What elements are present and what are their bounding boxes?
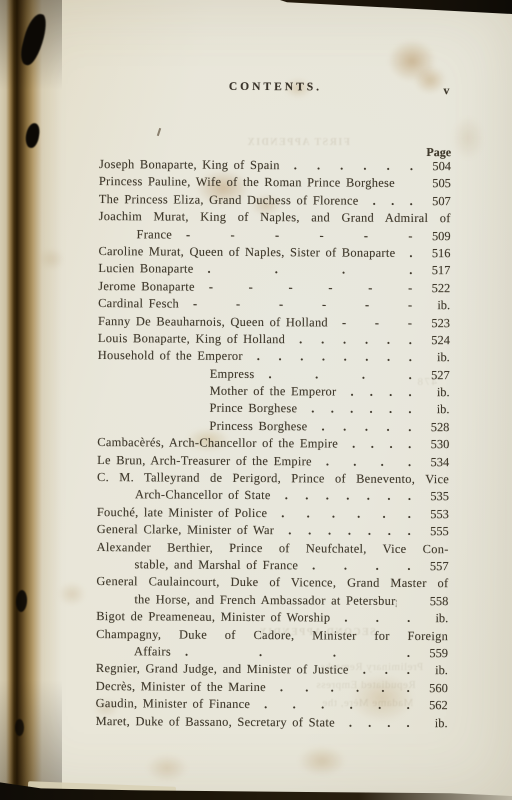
toc-entry-text: Arch-Chancellor of State bbox=[97, 487, 271, 503]
leader-dashes: - - - - - - bbox=[179, 297, 420, 313]
leader-dashes: - - - - - - bbox=[195, 279, 420, 295]
toc-entry: Princess Pauline, Wife of the Roman Prin… bbox=[99, 174, 451, 194]
page-column-label: Page bbox=[426, 145, 451, 160]
leader-dots: . . . . bbox=[298, 558, 418, 574]
toc-entry-page: 558 bbox=[418, 594, 448, 609]
leader-dots: . . . . . bbox=[307, 419, 419, 435]
leader-dots: . bbox=[395, 246, 420, 261]
toc-entry-text: Household of the Emperor bbox=[98, 348, 243, 364]
toc-entry-page: 530 bbox=[419, 437, 449, 452]
leader-dots: . . . . . . . bbox=[274, 523, 419, 539]
toc-entry-text: Gaudin, Minister of Finance bbox=[96, 696, 251, 712]
toc-entry-page: 527 bbox=[420, 368, 450, 383]
toc-entry-text: Cambacèrés, Arch-Chancellor of the Empir… bbox=[97, 435, 338, 451]
toc-entry-page: 534 bbox=[419, 455, 449, 470]
toc-entry: Louis Bonaparte, King of Holland. . . . … bbox=[98, 331, 450, 351]
toc-entry: Joseph Bonaparte, King of Spain. . . . .… bbox=[99, 157, 451, 177]
running-header: CONTENTS. v bbox=[99, 80, 451, 98]
toc-entry: Affairs. . . .559 bbox=[96, 644, 448, 664]
toc-entry: Bigot de Preameneau, Minister of Worship… bbox=[96, 609, 448, 629]
leader-dots: . . . . . . bbox=[266, 680, 418, 696]
page-content: CONTENTS. v Page Joseph Bonaparte, King … bbox=[0, 0, 512, 800]
toc-entry-text: Empress bbox=[98, 366, 255, 382]
folio-number: v bbox=[443, 83, 449, 98]
toc-entry: Fanny De Beauharnois, Queen of Holland- … bbox=[98, 314, 450, 334]
toc-entry-page: 555 bbox=[419, 524, 449, 539]
toc-entry: Jerome Bonaparte- - - - - -522 bbox=[98, 279, 450, 299]
leader-dots: . . . bbox=[349, 663, 418, 678]
toc-entry-text: Louis Bonaparte, King of Holland bbox=[98, 331, 285, 347]
leader-dots: . . . . . . . . bbox=[243, 349, 420, 365]
toc-entry-page: 562 bbox=[418, 698, 448, 713]
toc-entry-page: 557 bbox=[418, 559, 448, 574]
leader-dots: . . . . bbox=[336, 385, 419, 401]
leader-dots: . . . . bbox=[194, 262, 421, 278]
toc-entry: Cardinal Fesch- - - - - -ib. bbox=[98, 296, 450, 316]
toc-entry: Decrès, Minister of the Marine. . . . . … bbox=[96, 679, 448, 699]
toc-entry-text: Decrès, Minister of the Marine bbox=[96, 679, 266, 695]
toc-entry: the Horse, and French Ambassador at Pete… bbox=[96, 592, 448, 612]
toc-entry-text: C. M. Talleyrand de Perigord, Prince of … bbox=[97, 470, 449, 487]
toc-entry-text: The Princess Eliza, Grand Duchess of Flo… bbox=[99, 192, 359, 209]
toc-entry: Regnier, Grand Judge, and Minister of Ju… bbox=[96, 661, 448, 681]
toc-entry: Mother of the Emperor. . . .ib. bbox=[98, 383, 450, 403]
leader-dots: . . . . bbox=[335, 715, 418, 731]
toc-entry-text: General Clarke, Minister of War bbox=[97, 522, 275, 538]
toc-entry-text: Fanny De Beauharnois, Queen of Holland bbox=[98, 314, 328, 330]
toc-entry: France- - - - - -509 bbox=[99, 227, 451, 247]
toc-entry-page: 522 bbox=[420, 281, 450, 296]
toc-entry-text: Regnier, Grand Judge, and Minister of Ju… bbox=[96, 661, 349, 678]
toc-entry-text: Bigot de Preameneau, Minister of Worship bbox=[96, 609, 330, 625]
toc-entry-page: ib. bbox=[418, 611, 448, 626]
leader-dots: . . . . bbox=[338, 437, 419, 452]
leader-dots: . . . . . . bbox=[250, 697, 418, 713]
toc-entry-text: Cardinal Fesch bbox=[98, 296, 179, 311]
book-gutter bbox=[0, 0, 62, 800]
leader-dots: . . . . bbox=[312, 454, 419, 470]
toc-entry: Fouché, late Minister of Police. . . . .… bbox=[97, 505, 449, 525]
toc-entry-page: 516 bbox=[420, 246, 450, 261]
toc-entry-text: Joseph Bonaparte, King of Spain bbox=[99, 157, 280, 173]
toc-entry: Cambacèrés, Arch-Chancellor of the Empir… bbox=[97, 435, 449, 455]
toc-entry: Gaudin, Minister of Finance. . . . . .56… bbox=[96, 696, 448, 716]
book-page-photo: FIRST APPENDIX SECOND APPENDIX Prelimina… bbox=[0, 0, 512, 800]
leader-dots: . . . . . . bbox=[280, 158, 421, 174]
toc-entry-text: Affairs bbox=[96, 644, 171, 659]
leader-dots: . . . . . . bbox=[285, 332, 420, 348]
toc-entry: Lucien Bonaparte. . . .517 bbox=[98, 261, 450, 281]
toc-entry-text: stable, and Marshal of France bbox=[97, 557, 299, 573]
toc-entry-page: 528 bbox=[419, 420, 449, 435]
toc-entry: Caroline Murat, Queen of Naples, Sister … bbox=[98, 244, 450, 264]
leader-dots: . . . . . . bbox=[267, 506, 419, 522]
leader-dots: . . . . . . bbox=[297, 402, 419, 418]
toc-entry-page: 507 bbox=[421, 194, 451, 209]
toc-entry-text: Princess Pauline, Wife of the Roman Prin… bbox=[99, 174, 395, 191]
toc-entry-text: Fouché, late Minister of Police bbox=[97, 505, 268, 521]
toc-entry-text: Prince Borghese bbox=[97, 401, 297, 417]
toc-entry-page: ib. bbox=[418, 663, 448, 678]
toc-entry: stable, and Marshal of France. . . .557 bbox=[96, 557, 448, 577]
toc-entry-page: 553 bbox=[419, 507, 449, 522]
leader-dots: . . . bbox=[359, 193, 421, 208]
toc-entry-page: 535 bbox=[419, 489, 449, 504]
toc-entry: Alexander Berthier, Prince of Neufchatel… bbox=[97, 540, 449, 560]
stitch-hole bbox=[15, 719, 24, 736]
toc-entry: General Clarke, Minister of War. . . . .… bbox=[97, 522, 449, 542]
toc-entry-page: 517 bbox=[420, 263, 450, 278]
leader-dots: . . . . bbox=[254, 367, 419, 383]
toc-entry-text: Mother of the Emperor bbox=[98, 383, 337, 399]
toc-entry-text: General Caulaincourt, Duke of Vicence, G… bbox=[96, 574, 448, 591]
toc-entry-text: Champagny, Duke of Cadore, Minister for … bbox=[96, 627, 448, 644]
toc-entry: Princess Borghese. . . . .528 bbox=[97, 418, 449, 438]
toc-entry: Empress. . . .527 bbox=[98, 366, 450, 386]
toc-entry: Joachim Murat, King of Naples, and Grand… bbox=[99, 209, 451, 229]
toc-entry: Champagny, Duke of Cadore, Minister for … bbox=[96, 627, 448, 647]
toc-entry-page: ib. bbox=[420, 385, 450, 400]
page-title: CONTENTS. bbox=[99, 80, 451, 94]
toc-entry-page: ib. bbox=[420, 350, 450, 365]
toc-entry: Maret, Duke of Bassano, Secretary of Sta… bbox=[96, 714, 448, 734]
toc-entry-text: Caroline Murat, Queen of Naples, Sister … bbox=[98, 244, 395, 261]
toc-entry: General Caulaincourt, Duke of Vicence, G… bbox=[96, 574, 448, 594]
leader-dashes: - - - bbox=[328, 315, 420, 331]
toc-entry-page: 505 bbox=[421, 176, 451, 191]
toc-entry-page: ib. bbox=[419, 402, 449, 417]
leader-dots: . . . . . . . bbox=[271, 489, 419, 505]
toc-entry: Arch-Chancellor of State. . . . . . .535 bbox=[97, 487, 449, 507]
toc-entry-text: Lucien Bonaparte bbox=[98, 261, 193, 277]
toc-entry-text: Le Brun, Arch-Treasurer of the Empire bbox=[97, 453, 312, 469]
toc-entry: C. M. Talleyrand de Perigord, Prince of … bbox=[97, 470, 449, 490]
table-of-contents: Joseph Bonaparte, King of Spain. . . . .… bbox=[96, 157, 451, 733]
toc-entry-page: ib. bbox=[418, 716, 448, 731]
toc-entry-text: Maret, Duke of Bassano, Secretary of Sta… bbox=[96, 714, 335, 730]
toc-entry-page: 523 bbox=[420, 316, 450, 331]
leader-dots: . . . bbox=[330, 611, 418, 627]
toc-entry-page: 509 bbox=[421, 229, 451, 244]
toc-entry-page: 504 bbox=[421, 159, 451, 174]
toc-entry-text: Alexander Berthier, Prince of Neufchatel… bbox=[97, 540, 449, 557]
toc-entry: Le Brun, Arch-Treasurer of the Empire. .… bbox=[97, 453, 449, 473]
toc-entry-page: 559 bbox=[418, 646, 448, 661]
toc-entry: The Princess Eliza, Grand Duchess of Flo… bbox=[99, 192, 451, 212]
leader-dots: . . . . bbox=[171, 644, 418, 661]
toc-entry-text: Joachim Murat, King of Naples, and Grand… bbox=[99, 209, 451, 226]
toc-entry-page: ib. bbox=[420, 298, 450, 313]
toc-entry-text: Jerome Bonaparte bbox=[98, 279, 195, 295]
toc-entry: Household of the Emperor. . . . . . . .i… bbox=[98, 348, 450, 368]
toc-entry-text: the Horse, and French Ambassador at Pete… bbox=[96, 592, 396, 609]
leader-dashes: - - - - - - bbox=[172, 227, 421, 244]
toc-entry-text: France bbox=[99, 227, 173, 242]
toc-entry-page: 560 bbox=[418, 681, 448, 696]
toc-entry: Prince Borghese. . . . . .ib. bbox=[97, 401, 449, 421]
toc-entry-page: 524 bbox=[420, 333, 450, 348]
toc-entry-text: Princess Borghese bbox=[97, 418, 307, 434]
